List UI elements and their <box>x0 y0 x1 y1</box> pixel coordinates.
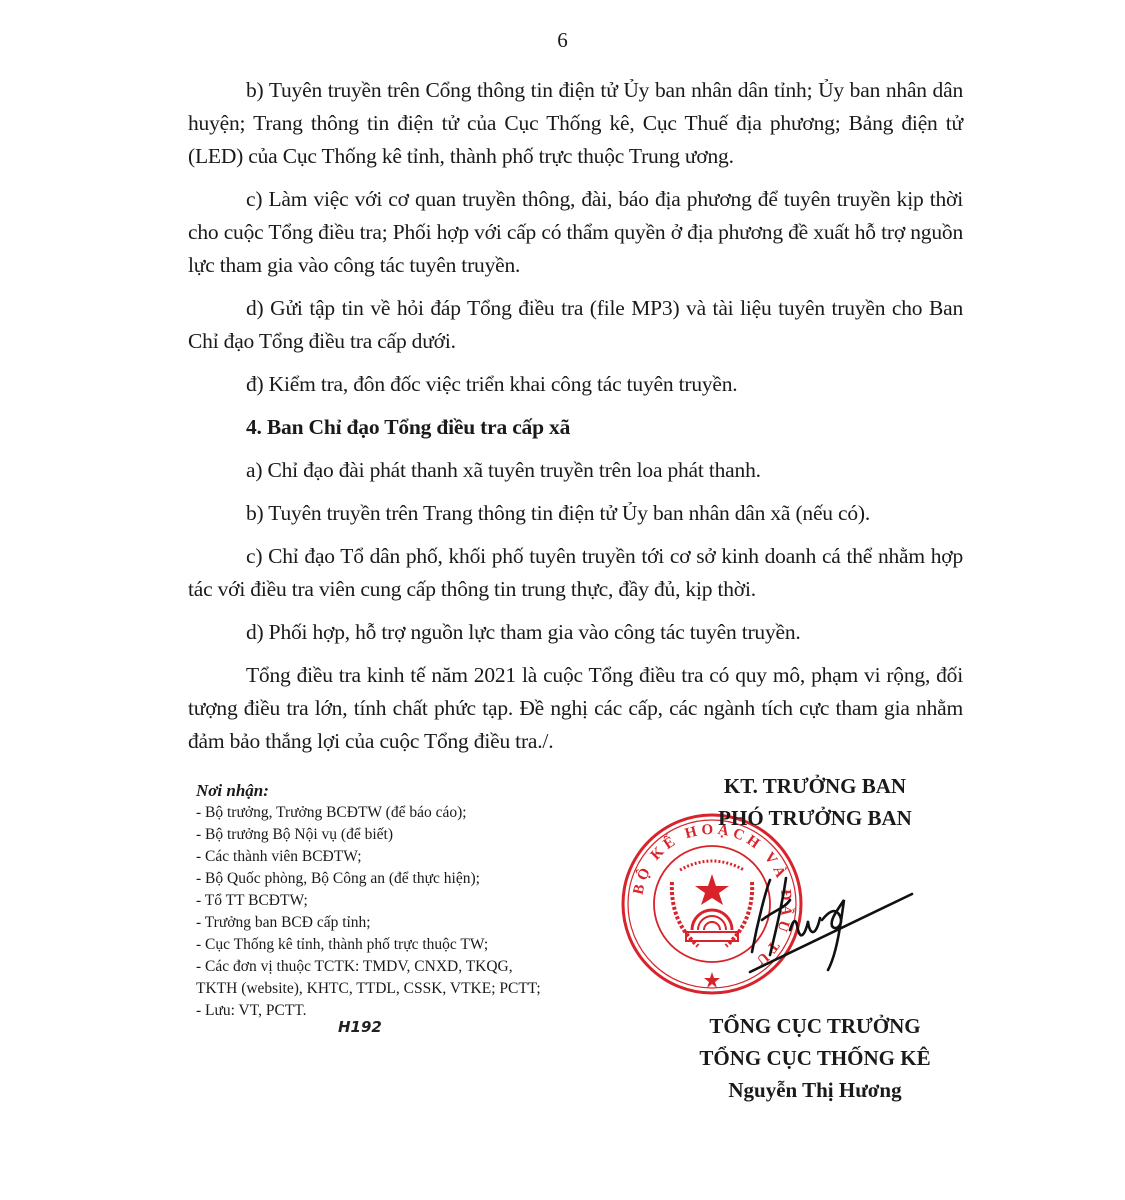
paragraph-dd-provincial: đ) Kiểm tra, đôn đốc việc triển khai côn… <box>188 368 963 401</box>
paragraph-b-commune: b) Tuyên truyền trên Trang thông tin điệ… <box>188 497 963 530</box>
recipient-item: - Các thành viên BCĐTW; <box>196 846 596 868</box>
closing-paragraph: Tổng điều tra kinh tế năm 2021 là cuộc T… <box>188 659 963 758</box>
recipient-item: - Bộ trưởng Bộ Nội vụ (để biết) <box>196 824 596 846</box>
recipients-title: Nơi nhận: <box>196 780 596 802</box>
handwritten-note: H192 <box>338 1018 382 1036</box>
recipient-item: - Trưởng ban BCĐ cấp tỉnh; <box>196 912 596 934</box>
handwritten-signature-icon <box>740 860 920 980</box>
recipient-item: - Cục Thống kê tỉnh, thành phố trực thuộ… <box>196 934 596 956</box>
recipients-block: Nơi nhận: - Bộ trưởng, Trưởng BCĐTW (để … <box>196 780 596 1022</box>
signer-organization: TỔNG CỤC THỐNG KÊ <box>660 1042 970 1074</box>
signature-header: KT. TRƯỞNG BAN PHÓ TRƯỞNG BAN <box>660 770 970 834</box>
document-body: b) Tuyên truyền trên Cổng thông tin điện… <box>188 74 963 768</box>
paragraph-d-provincial: d) Gửi tập tin về hỏi đáp Tổng điều tra … <box>188 292 963 358</box>
paragraph-c-provincial: c) Làm việc với cơ quan truyền thông, đà… <box>188 183 963 282</box>
recipient-item: - Bộ trưởng, Trưởng BCĐTW (để báo cáo); <box>196 802 596 824</box>
signer-position-line: PHÓ TRƯỞNG BAN <box>660 802 970 834</box>
paragraph-b-provincial: b) Tuyên truyền trên Cổng thông tin điện… <box>188 74 963 173</box>
section-heading-commune: 4. Ban Chỉ đạo Tổng điều tra cấp xã <box>188 411 963 444</box>
page-number: 6 <box>0 28 1125 53</box>
paragraph-c-commune: c) Chỉ đạo Tổ dân phố, khối phố tuyên tr… <box>188 540 963 606</box>
paragraph-a-commune: a) Chỉ đạo đài phát thanh xã tuyên truyề… <box>188 454 963 487</box>
recipient-item: - Lưu: VT, PCTT. <box>196 1000 596 1022</box>
signer-title: TỔNG CỤC TRƯỞNG <box>660 1010 970 1042</box>
signer-details: TỔNG CỤC TRƯỞNG TỔNG CỤC THỐNG KÊ Nguyễn… <box>660 1010 970 1106</box>
recipient-item: TKTH (website), KHTC, TTDL, CSSK, VTKE; … <box>196 978 596 1000</box>
recipient-item: - Bộ Quốc phòng, Bộ Công an (để thực hiệ… <box>196 868 596 890</box>
signer-name: Nguyễn Thị Hương <box>660 1074 970 1106</box>
paragraph-d-commune: d) Phối hợp, hỗ trợ nguồn lực tham gia v… <box>188 616 963 649</box>
recipient-item: - Các đơn vị thuộc TCTK: TMDV, CNXD, TKQ… <box>196 956 596 978</box>
signer-authority-line: KT. TRƯỞNG BAN <box>660 770 970 802</box>
recipient-item: - Tổ TT BCĐTW; <box>196 890 596 912</box>
